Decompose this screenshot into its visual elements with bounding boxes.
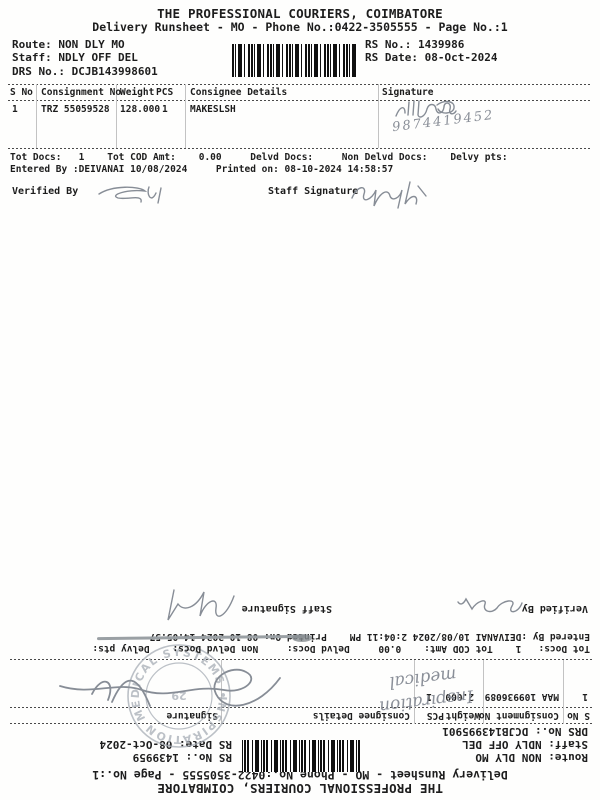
dashed-rule [8, 100, 592, 101]
header-consignment: Consignment No [479, 710, 559, 721]
verified-by-label: Verified By [12, 186, 78, 197]
verified-by-label: Verified By [522, 603, 588, 614]
staff-signature-label: Staff Signature [268, 186, 358, 197]
staff-signature-scribble [348, 178, 430, 214]
runsheet-subtitle: Delivery Runsheet - MO - Phone No.:0422-… [0, 20, 600, 34]
dashed-rule [8, 84, 592, 85]
header-weight: Weight [120, 87, 154, 98]
header-pcs: PCS [156, 87, 173, 98]
barcode [232, 44, 358, 77]
company-title: THE PROFESSIONAL COURIERS, COIMBATORE [0, 781, 600, 796]
verified-by-handwritten-name [456, 594, 528, 618]
column-divider [563, 660, 564, 724]
barcode [242, 740, 360, 772]
company-title: THE PROFESSIONAL COURIERS, COIMBATORE [0, 6, 600, 21]
staff-line: Staff: NDLY OFF DEL [12, 51, 138, 64]
pencil-smudge [292, 634, 312, 642]
drs-number: DRS No.: DCJB143998601 [12, 65, 158, 78]
receiver-signature-scribble [50, 654, 288, 720]
staff-signature-label: Staff Signature [242, 603, 332, 614]
bottom-document-crop: THE PROFESSIONAL COURIERS, COIMBATORE De… [0, 580, 600, 800]
header-sno: S No [10, 87, 33, 98]
column-divider [378, 84, 379, 148]
route-line: Route: NON DLY MO [475, 751, 588, 764]
dashed-rule [8, 148, 592, 149]
header-pcs: PCS [427, 710, 444, 721]
entered-printed-line: Entered By :DEIVANAI 10/08/2024 Printed … [10, 164, 393, 175]
dashed-rule [8, 723, 592, 724]
staff-line: Staff: NDLY OFF DEL [462, 738, 588, 751]
totals-line: Tot Docs: 1 Tot COD Amt: 0.00 Delvd Docs… [10, 152, 508, 163]
bottom-document: THE PROFESSIONAL COURIERS, COIMBATORE De… [0, 580, 600, 800]
header-consignee: Consignee Details [190, 87, 287, 98]
rs-number: RS No.: 1439986 [365, 38, 464, 51]
staff-signature-scribble [158, 584, 240, 626]
row-pcs: 1 [162, 104, 168, 115]
row-consignee: MAKESLSH [190, 104, 236, 115]
column-divider [185, 84, 186, 148]
row-sno: 1 [12, 104, 18, 115]
row-sno: 1 [582, 691, 588, 702]
header-weight: Weight [446, 710, 480, 721]
row-consignment: TRZ 55059528 [41, 104, 110, 115]
drs-number: DRS No.: DCJB143995901 [442, 725, 588, 738]
verified-by-signature [95, 182, 171, 210]
totals-line: Tot Docs: 1 Tot COD Amt: 0.00 Delvd Docs… [92, 643, 590, 654]
rs-number: RS No.: 1439959 [133, 751, 232, 764]
header-consignment: Consignment No [41, 87, 121, 98]
row-consignment: MAA 109936089 [485, 691, 559, 702]
row-weight: 128.000 [120, 104, 160, 115]
column-divider [36, 84, 37, 148]
header-sno: S No [567, 710, 590, 721]
route-line: Route: NON DLY MO [12, 38, 125, 51]
scanned-runsheet-page: THE PROFESSIONAL COURIERS, COIMBATORE De… [0, 0, 600, 800]
top-document: THE PROFESSIONAL COURIERS, COIMBATORE De… [0, 0, 600, 580]
rs-date: RS Date: 08-Oct-2024 [365, 51, 497, 64]
